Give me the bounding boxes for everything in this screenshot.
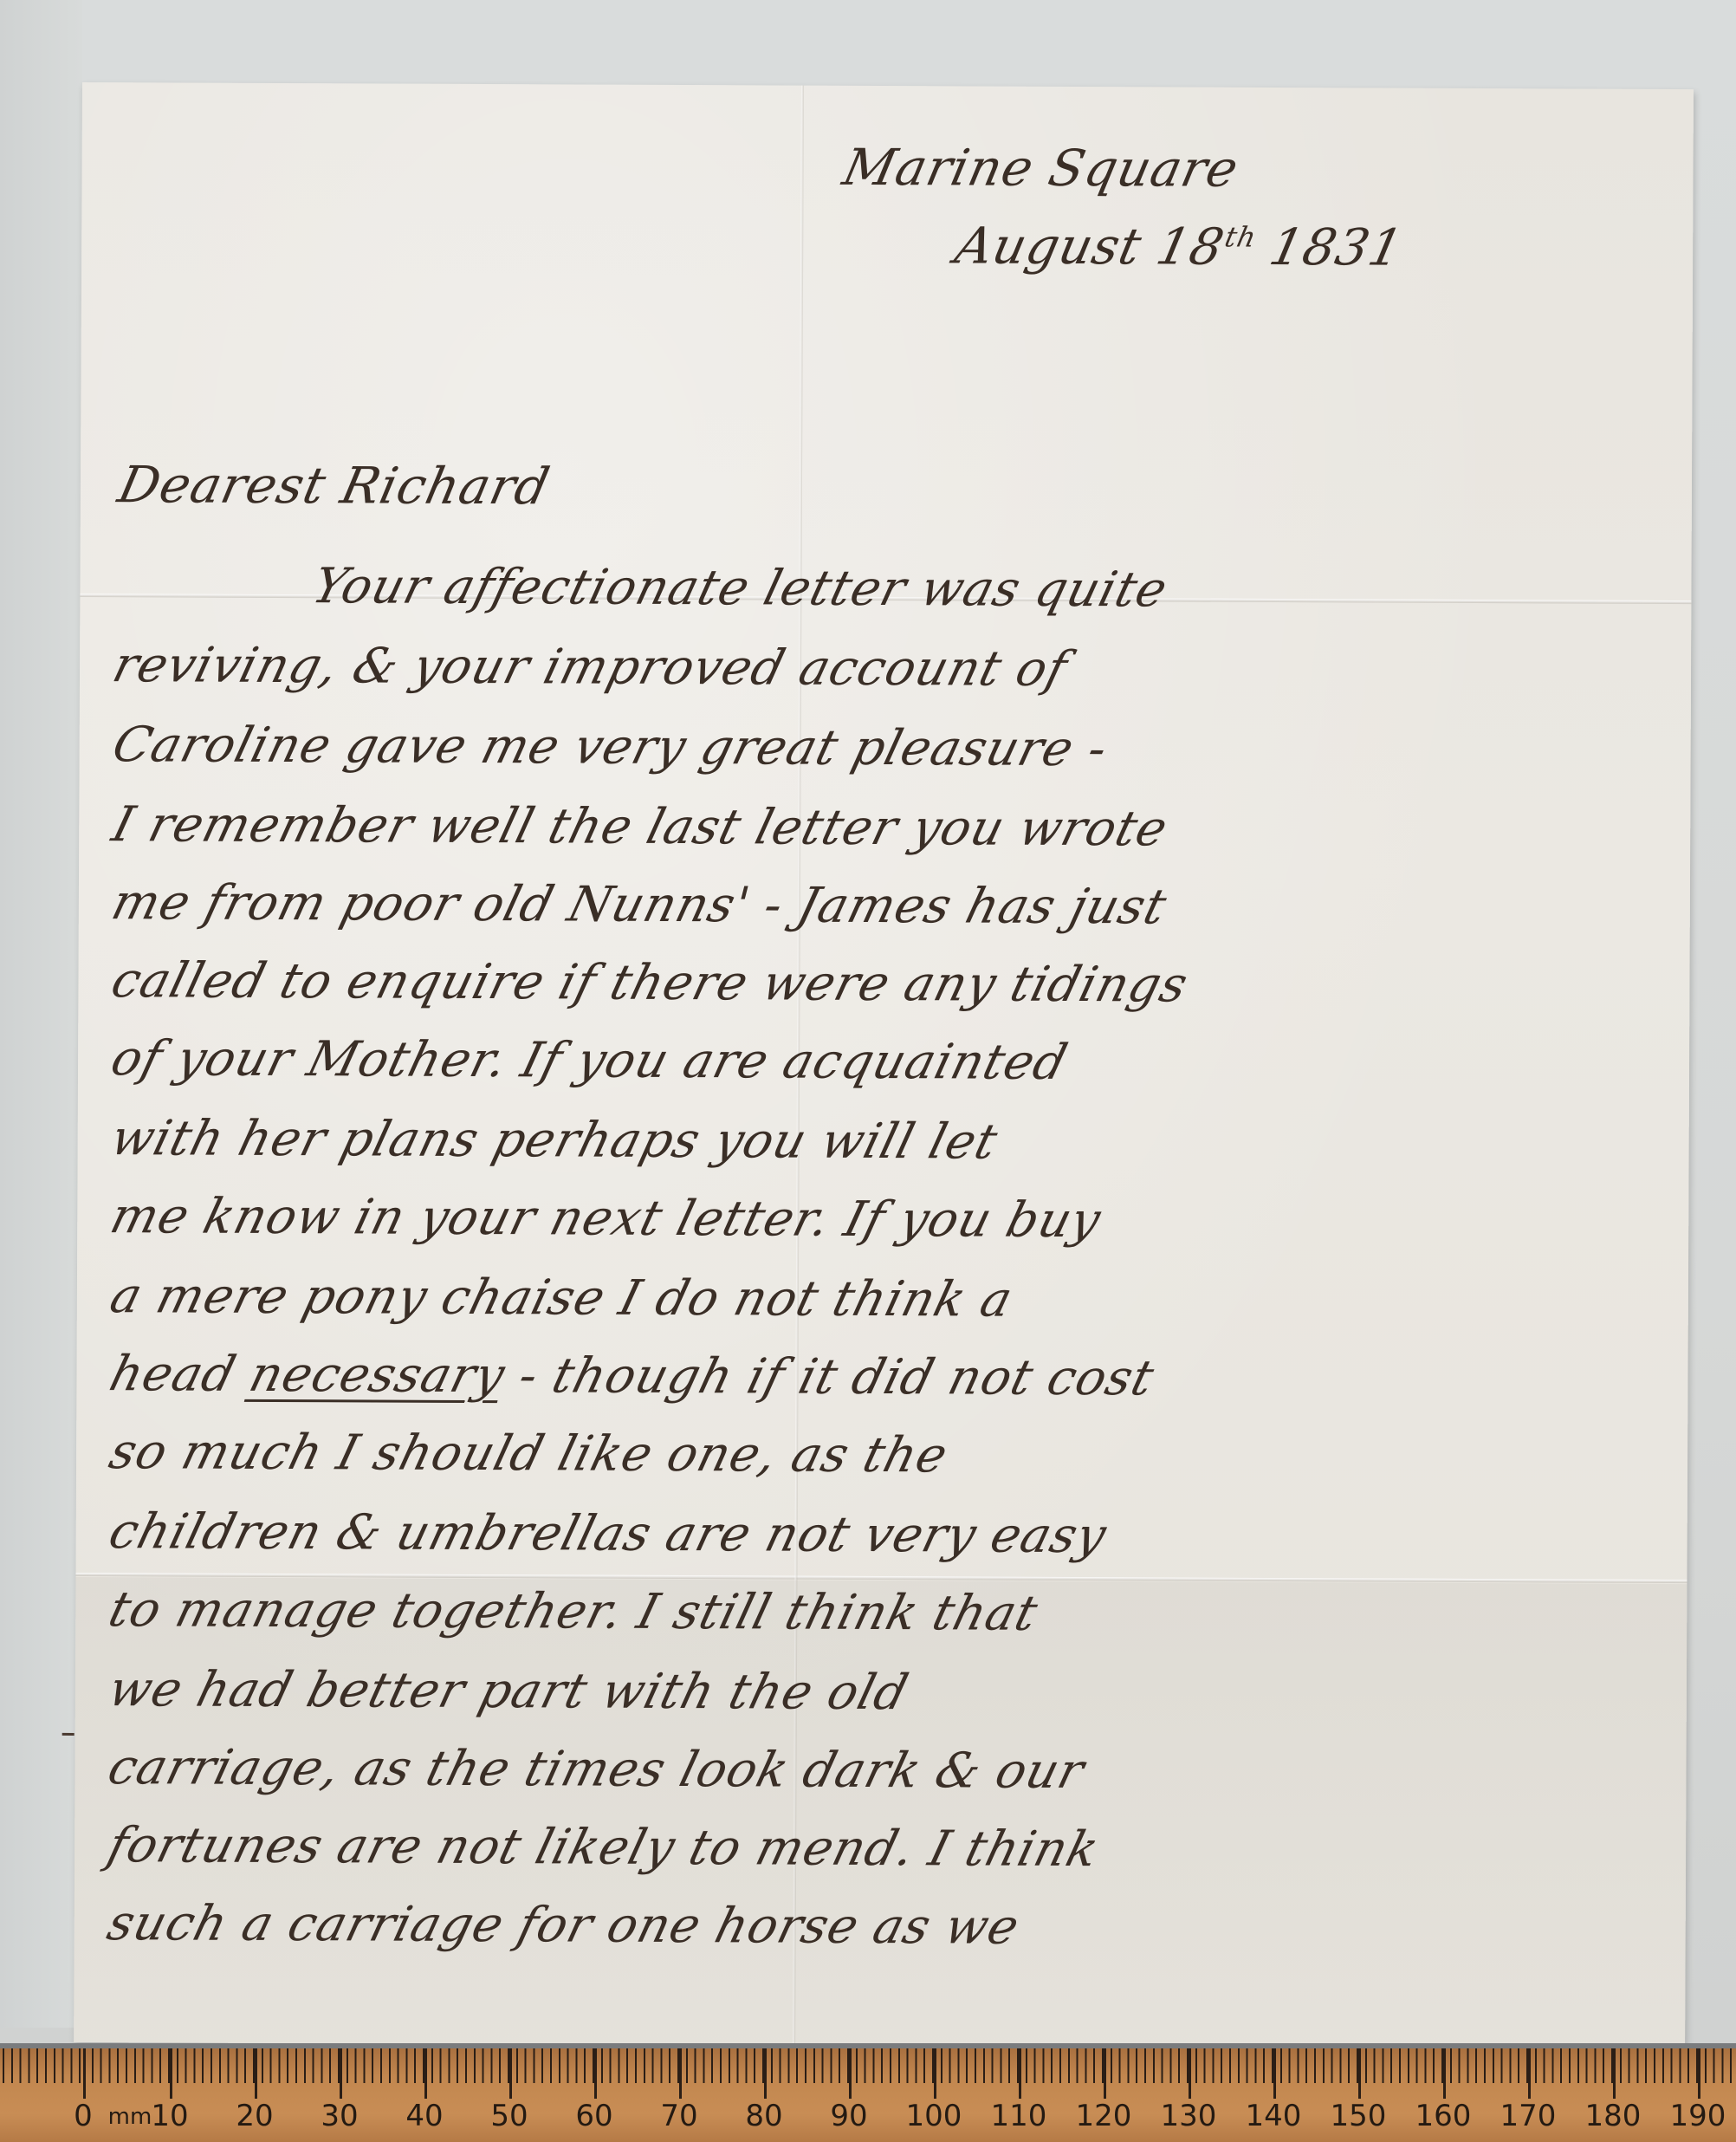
letter-address: Marine Square (838, 138, 1244, 198)
ruler-label: 40 (405, 2099, 443, 2133)
letter-date: August 18th 1831 (950, 216, 1409, 276)
ruler-label: 100 (906, 2099, 962, 2133)
ruler-major-tick (1613, 2048, 1616, 2099)
ruler-label: 50 (490, 2099, 528, 2133)
ruler-label: 140 (1246, 2099, 1302, 2133)
ruler-label: 120 (1076, 2099, 1132, 2133)
body-line-3: Caroline gave me very great pleasure - (107, 717, 1113, 777)
body-line-11: head necessary - though if it did not co… (104, 1346, 1160, 1406)
underlined-word-necessary: necessary (243, 1347, 510, 1404)
body-line-11-start: head (104, 1346, 258, 1403)
ruler-major-tick (1104, 2048, 1106, 2099)
body-line-7: of your Mother. If you are acquainted (106, 1030, 1073, 1091)
ruler-major-tick (424, 2048, 427, 2099)
body-line-16: carriage, as the times look dark & our (102, 1739, 1090, 1800)
ruler-major-tick (849, 2048, 852, 2099)
ruler-major-tick (1189, 2048, 1191, 2099)
ruler-label: 190 (1670, 2099, 1726, 2133)
body-line-10: a mere pony chaise I do not think a (105, 1268, 1019, 1327)
ruler-major-tick (509, 2048, 512, 2099)
body-line-8: with her plans perhaps you will let (105, 1110, 1003, 1170)
ruler-major-tick (255, 2048, 257, 2099)
date-year: 1831 (1265, 217, 1409, 277)
ruler-label: 180 (1585, 2099, 1642, 2133)
ruler-major-tick (83, 2048, 86, 2099)
body-line-17: fortunes are not likely to mend. I think (102, 1817, 1105, 1878)
ruler-major-tick (1273, 2048, 1276, 2099)
ruler-major-tick (1019, 2048, 1021, 2099)
ruler-major-tick (934, 2048, 936, 2099)
body-line-6: called to enquire if there were any tidi… (106, 952, 1194, 1013)
ruler-label: 10 (151, 2099, 188, 2133)
ruler-label: 70 (660, 2099, 697, 2133)
date-ordinal: th (1222, 220, 1260, 253)
ruler-label: 90 (830, 2099, 867, 2133)
body-line-9: me know in your next letter. If you buy (105, 1188, 1107, 1249)
ruler-major-tick (170, 2048, 172, 2099)
ruler-label: 110 (991, 2099, 1047, 2133)
ruler-label: 150 (1331, 2099, 1387, 2133)
ruler-label: 60 (575, 2099, 612, 2133)
body-line-14: to manage together. I still think that (103, 1581, 1044, 1642)
body-line-12: so much I should like one, as the (104, 1424, 954, 1483)
ruler-major-tick (1528, 2048, 1531, 2099)
letter-sheet: Marine Square August 18th 1831 Dearest R… (74, 82, 1694, 2049)
backdrop (0, 0, 82, 2028)
ruler-label: 160 (1415, 2099, 1472, 2133)
ruler-label: 80 (745, 2099, 782, 2133)
body-line-5: me from poor old Nunns' - James has just (107, 874, 1173, 935)
margin-ink-mark (62, 1733, 74, 1736)
letter-salutation: Dearest Richard (113, 455, 555, 516)
ruler-major-tick (1358, 2048, 1361, 2099)
ruler-unit-label: mm (108, 2104, 152, 2130)
ruler-label: 0 (74, 2099, 93, 2133)
body-line-4: I remember well the last letter you wrot… (107, 796, 1174, 857)
date-month-day: August 18 (950, 216, 1230, 276)
ruler-major-tick (764, 2048, 767, 2099)
body-line-1: Your affectionate letter was quite (307, 558, 1173, 618)
ruler-major-tick (340, 2048, 342, 2099)
ruler-label: 170 (1500, 2099, 1557, 2133)
body-line-15: we had better part with the old (103, 1661, 915, 1721)
ruler-major-tick (594, 2048, 597, 2099)
ruler-label: 130 (1161, 2099, 1217, 2133)
ruler-major-tick (1698, 2048, 1700, 2099)
ruler-label: 20 (236, 2099, 273, 2133)
body-line-18: such a carriage for one horse as we (101, 1895, 1025, 1956)
measuring-ruler: 0 mm 10 20 30 40 50 60 70 80 90 100 110 … (0, 2043, 1736, 2142)
body-line-11-end: - though if it did not cost (496, 1347, 1160, 1406)
body-line-2: reviving, & your improved account of (107, 637, 1073, 698)
ruler-label: 30 (321, 2099, 358, 2133)
ruler-major-tick (1443, 2048, 1446, 2099)
ruler-major-tick (679, 2048, 682, 2099)
body-line-13: children & umbrellas are not very easy (103, 1503, 1112, 1564)
